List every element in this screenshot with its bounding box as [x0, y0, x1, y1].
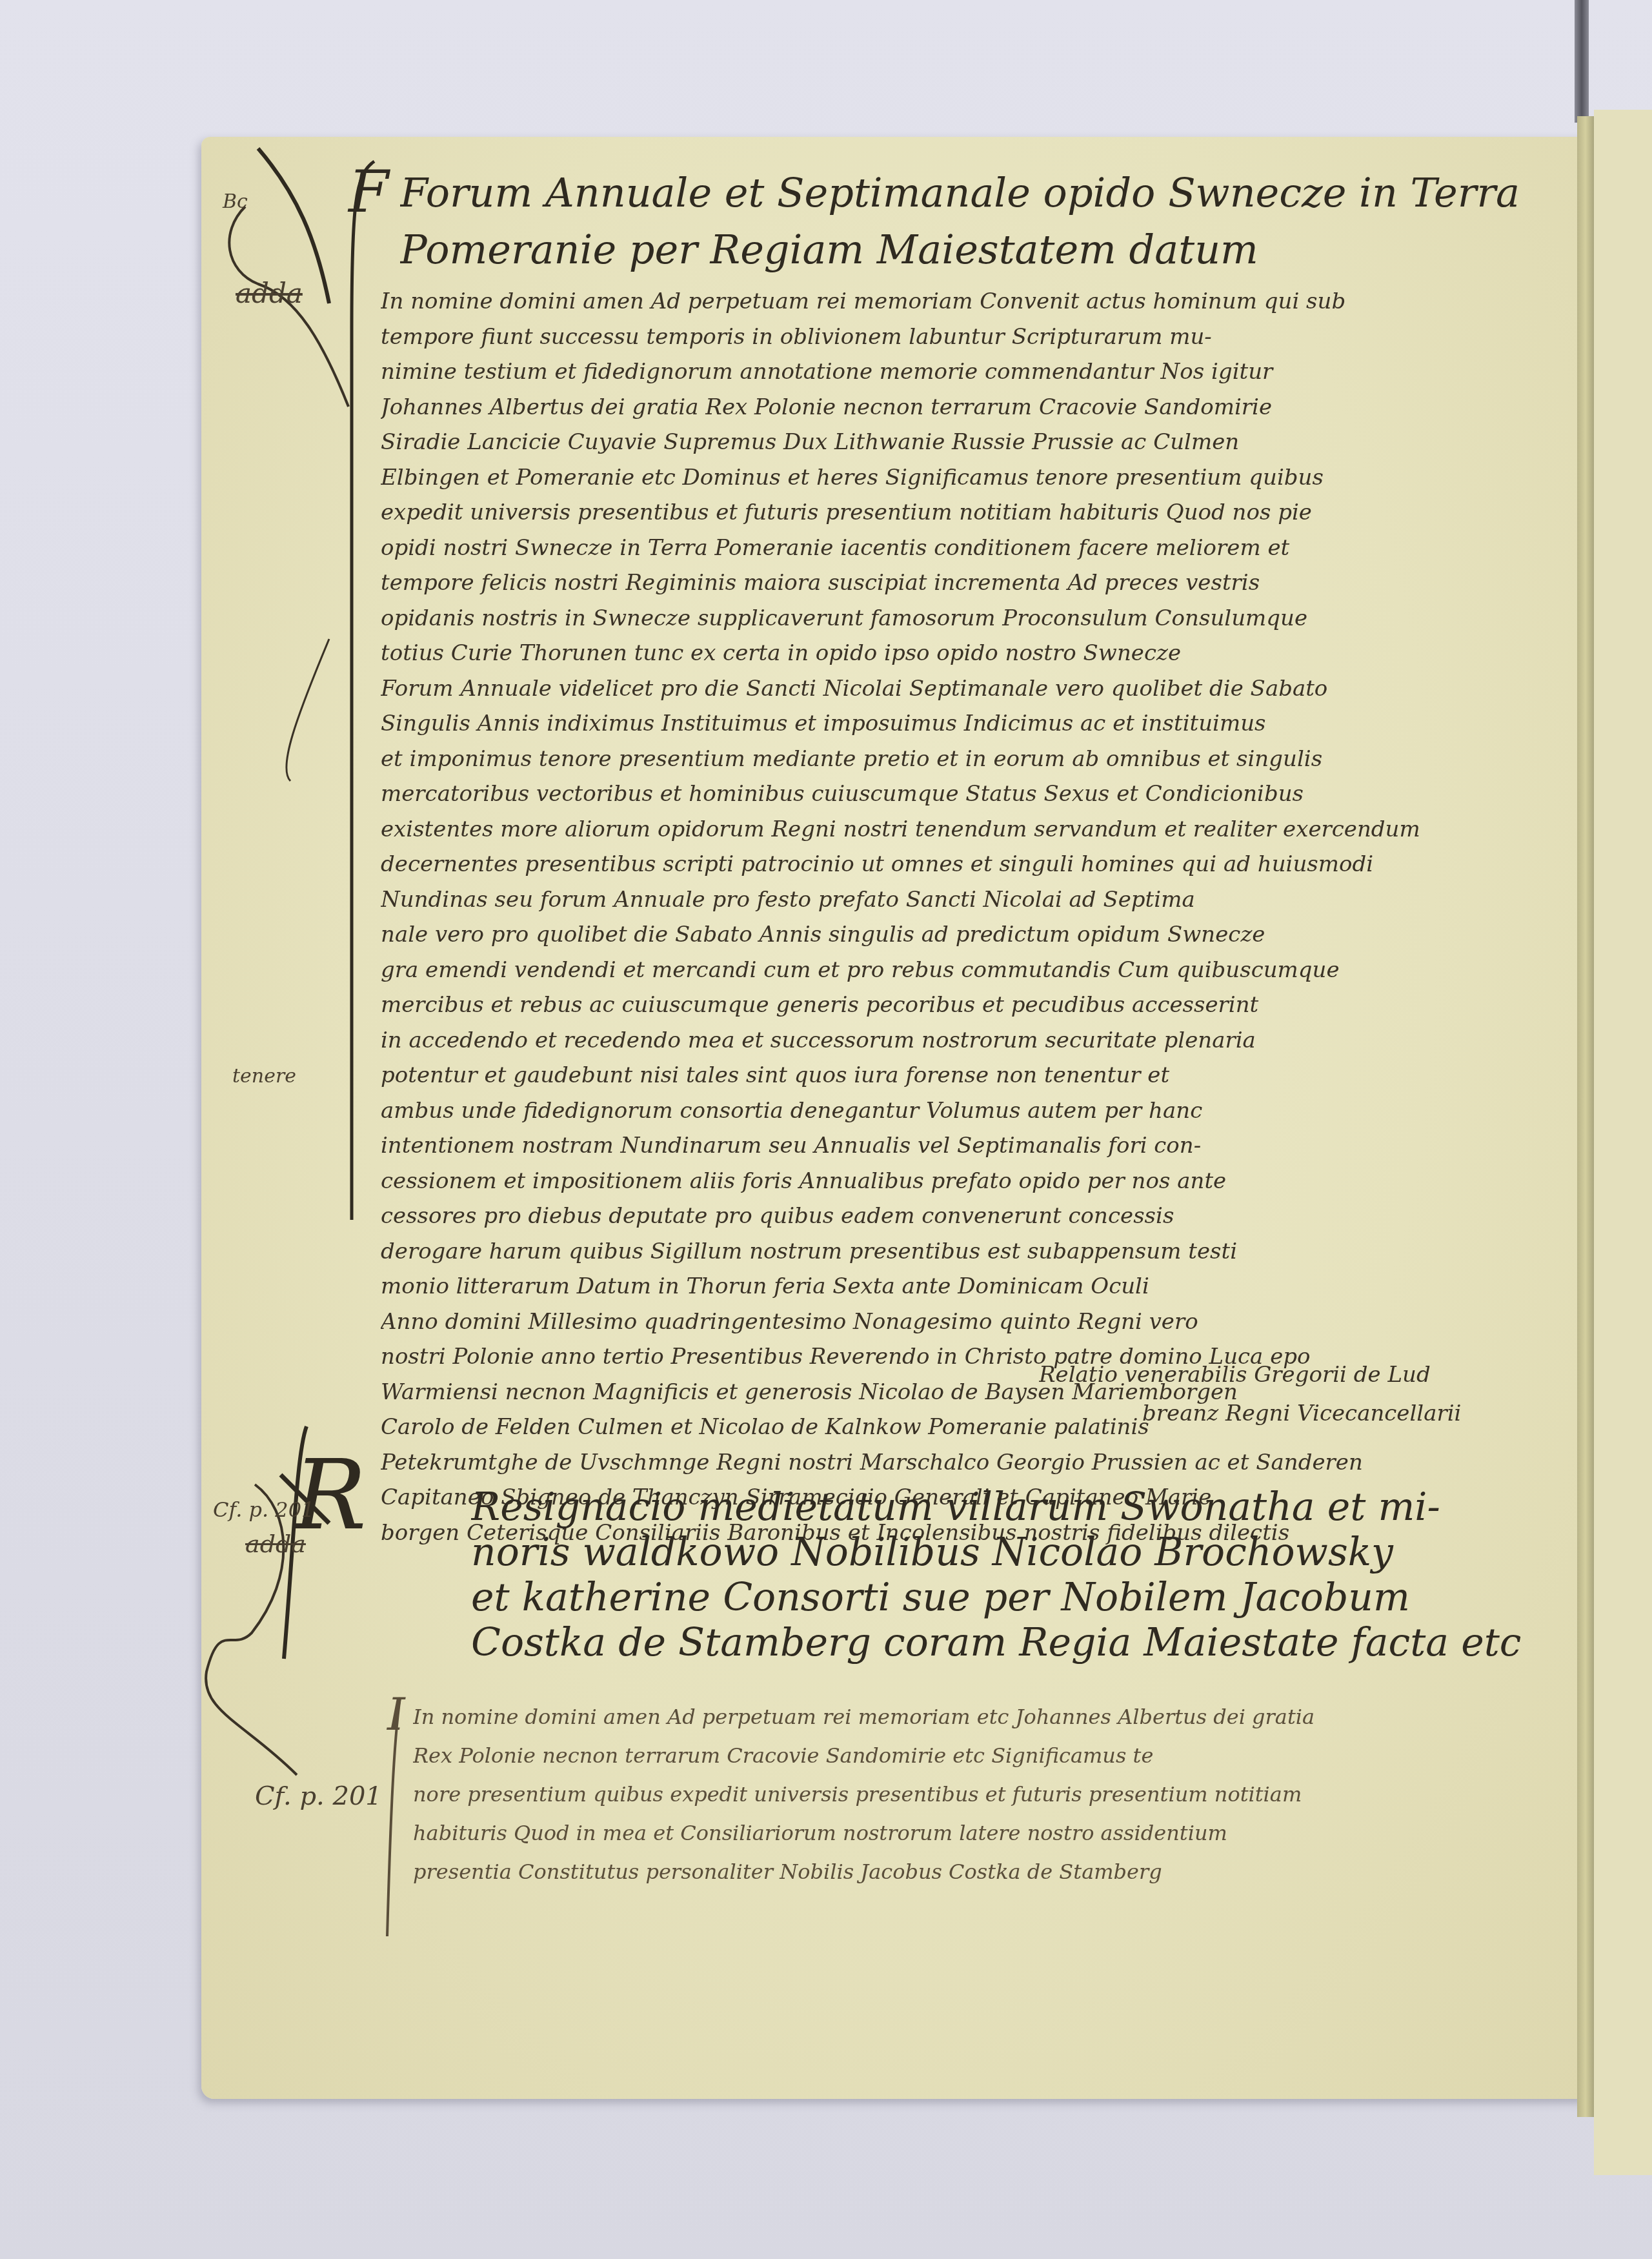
text-line: Forum Annuale videlicet pro die Sancti N… [381, 671, 1536, 707]
text-line: tempore felicis nostri Regiminis maiora … [381, 565, 1536, 601]
text-line: existentes more aliorum opidorum Regni n… [381, 812, 1536, 847]
text-line: mercibus et rebus ac cuiuscumque generis… [381, 988, 1536, 1023]
facing-page-edge [1594, 110, 1652, 2175]
margin-note-adda: adda [236, 278, 303, 309]
text-line: Rex Polonie necnon terrarum Cracovie San… [413, 1736, 1523, 1775]
text-line: et imponimus tenore presentium mediante … [381, 742, 1536, 777]
title-line: et katherine Consorti sue per Nobilem Ja… [471, 1575, 1568, 1620]
text-line: mercatoribus vectoribus et hominibus cui… [381, 776, 1536, 812]
text-line: nale vero pro quolibet die Sabato Annis … [381, 917, 1536, 953]
text-line: tempore fiunt successu temporis in obliv… [381, 319, 1536, 355]
text-line: presentia Constitutus personaliter Nobil… [413, 1852, 1523, 1891]
title-line: Resignacio medietatum villarum Swonatha … [471, 1484, 1568, 1530]
text-line: in accedendo et recedendo mea et success… [381, 1023, 1536, 1059]
text-line: gra emendi vendendi et mercandi cum et p… [381, 953, 1536, 988]
title-line: Pomeranie per Regiam Maiestatem datum [400, 221, 1613, 278]
text-line: Singulis Annis indiximus Instituimus et … [381, 706, 1536, 742]
signature-line: Relatio venerabilis Gregorii de Lud [1039, 1355, 1461, 1394]
text-line: In nomine domini amen Ad perpetuam rei m… [381, 284, 1536, 319]
text-line: totius Curie Thorunen tunc ex certa in o… [381, 636, 1536, 671]
scale-ruler [1575, 0, 1589, 123]
initial-f: F [348, 158, 388, 226]
text-line: Elbingen et Pomeranie etc Dominus et her… [381, 460, 1536, 496]
text-line: Nundinas seu forum Annuale pro festo pre… [381, 882, 1536, 918]
margin-note-cf-p-201: Cf. p. 201 [213, 1497, 314, 1522]
text-line: Johannes Albertus dei gratia Rex Polonie… [381, 390, 1536, 425]
entry-2-title: Resignacio medietatum villarum Swonatha … [471, 1484, 1568, 1665]
initial-i: I [387, 1688, 405, 1741]
signature-line: breanz Regni Vicecancellarii [1039, 1394, 1461, 1433]
text-line: nore presentium quibus expedit universis… [413, 1775, 1523, 1814]
margin-note-cf-p-201: Cf. p. 201 [255, 1781, 382, 1811]
text-line: monio litterarum Datum in Thorun feria S… [381, 1269, 1536, 1304]
text-line: nimine testium et fidedignorum annotatio… [381, 354, 1536, 390]
text-line: Anno domini Millesimo quadringentesimo N… [381, 1304, 1536, 1340]
text-line: opidanis nostris in Swnecze supplicaveru… [381, 601, 1536, 636]
title-line: Forum Annuale et Septimanale opido Swnec… [400, 165, 1613, 221]
text-line: In nomine domini amen Ad perpetuam rei m… [413, 1697, 1523, 1736]
margin-note-adda: adda [245, 1530, 306, 1558]
title-line: noris waldkowo Nobilibus Nicolao Brochow… [471, 1530, 1568, 1575]
text-line: habituris Quod in mea et Consiliariorum … [413, 1814, 1523, 1852]
margin-note-bc: Bc [223, 190, 248, 213]
title-line: Costka de Stamberg coram Regia Maiestate… [471, 1620, 1568, 1665]
text-line: cessionem et impositionem aliis foris An… [381, 1164, 1536, 1199]
binding-gutter [1577, 116, 1594, 2117]
text-line: Petekrumtghe de Uvschmnge Regni nostri M… [381, 1445, 1536, 1481]
text-line: cessores pro diebus deputate pro quibus … [381, 1199, 1536, 1234]
text-line: ambus unde fidedignorum consortia denega… [381, 1093, 1536, 1129]
text-line: decernentes presentibus scripti patrocin… [381, 847, 1536, 882]
text-line: derogare harum quibus Sigillum nostrum p… [381, 1234, 1536, 1270]
entry-3-body: In nomine domini amen Ad perpetuam rei m… [413, 1697, 1523, 1891]
signature-block: Relatio venerabilis Gregorii de Lud brea… [1039, 1355, 1461, 1433]
margin-note-tenere: tenere [232, 1065, 296, 1088]
text-line: Siradie Lancicie Cuyavie Supremus Dux Li… [381, 425, 1536, 460]
text-line: expedit universis presentibus et futuris… [381, 495, 1536, 531]
text-line: intentionem nostram Nundinarum seu Annua… [381, 1128, 1536, 1164]
entry-1-title: Forum Annuale et Septimanale opido Swnec… [400, 165, 1613, 278]
text-line: potentur et gaudebunt nisi tales sint qu… [381, 1058, 1536, 1093]
text-line: opidi nostri Swnecze in Terra Pomeranie … [381, 531, 1536, 566]
